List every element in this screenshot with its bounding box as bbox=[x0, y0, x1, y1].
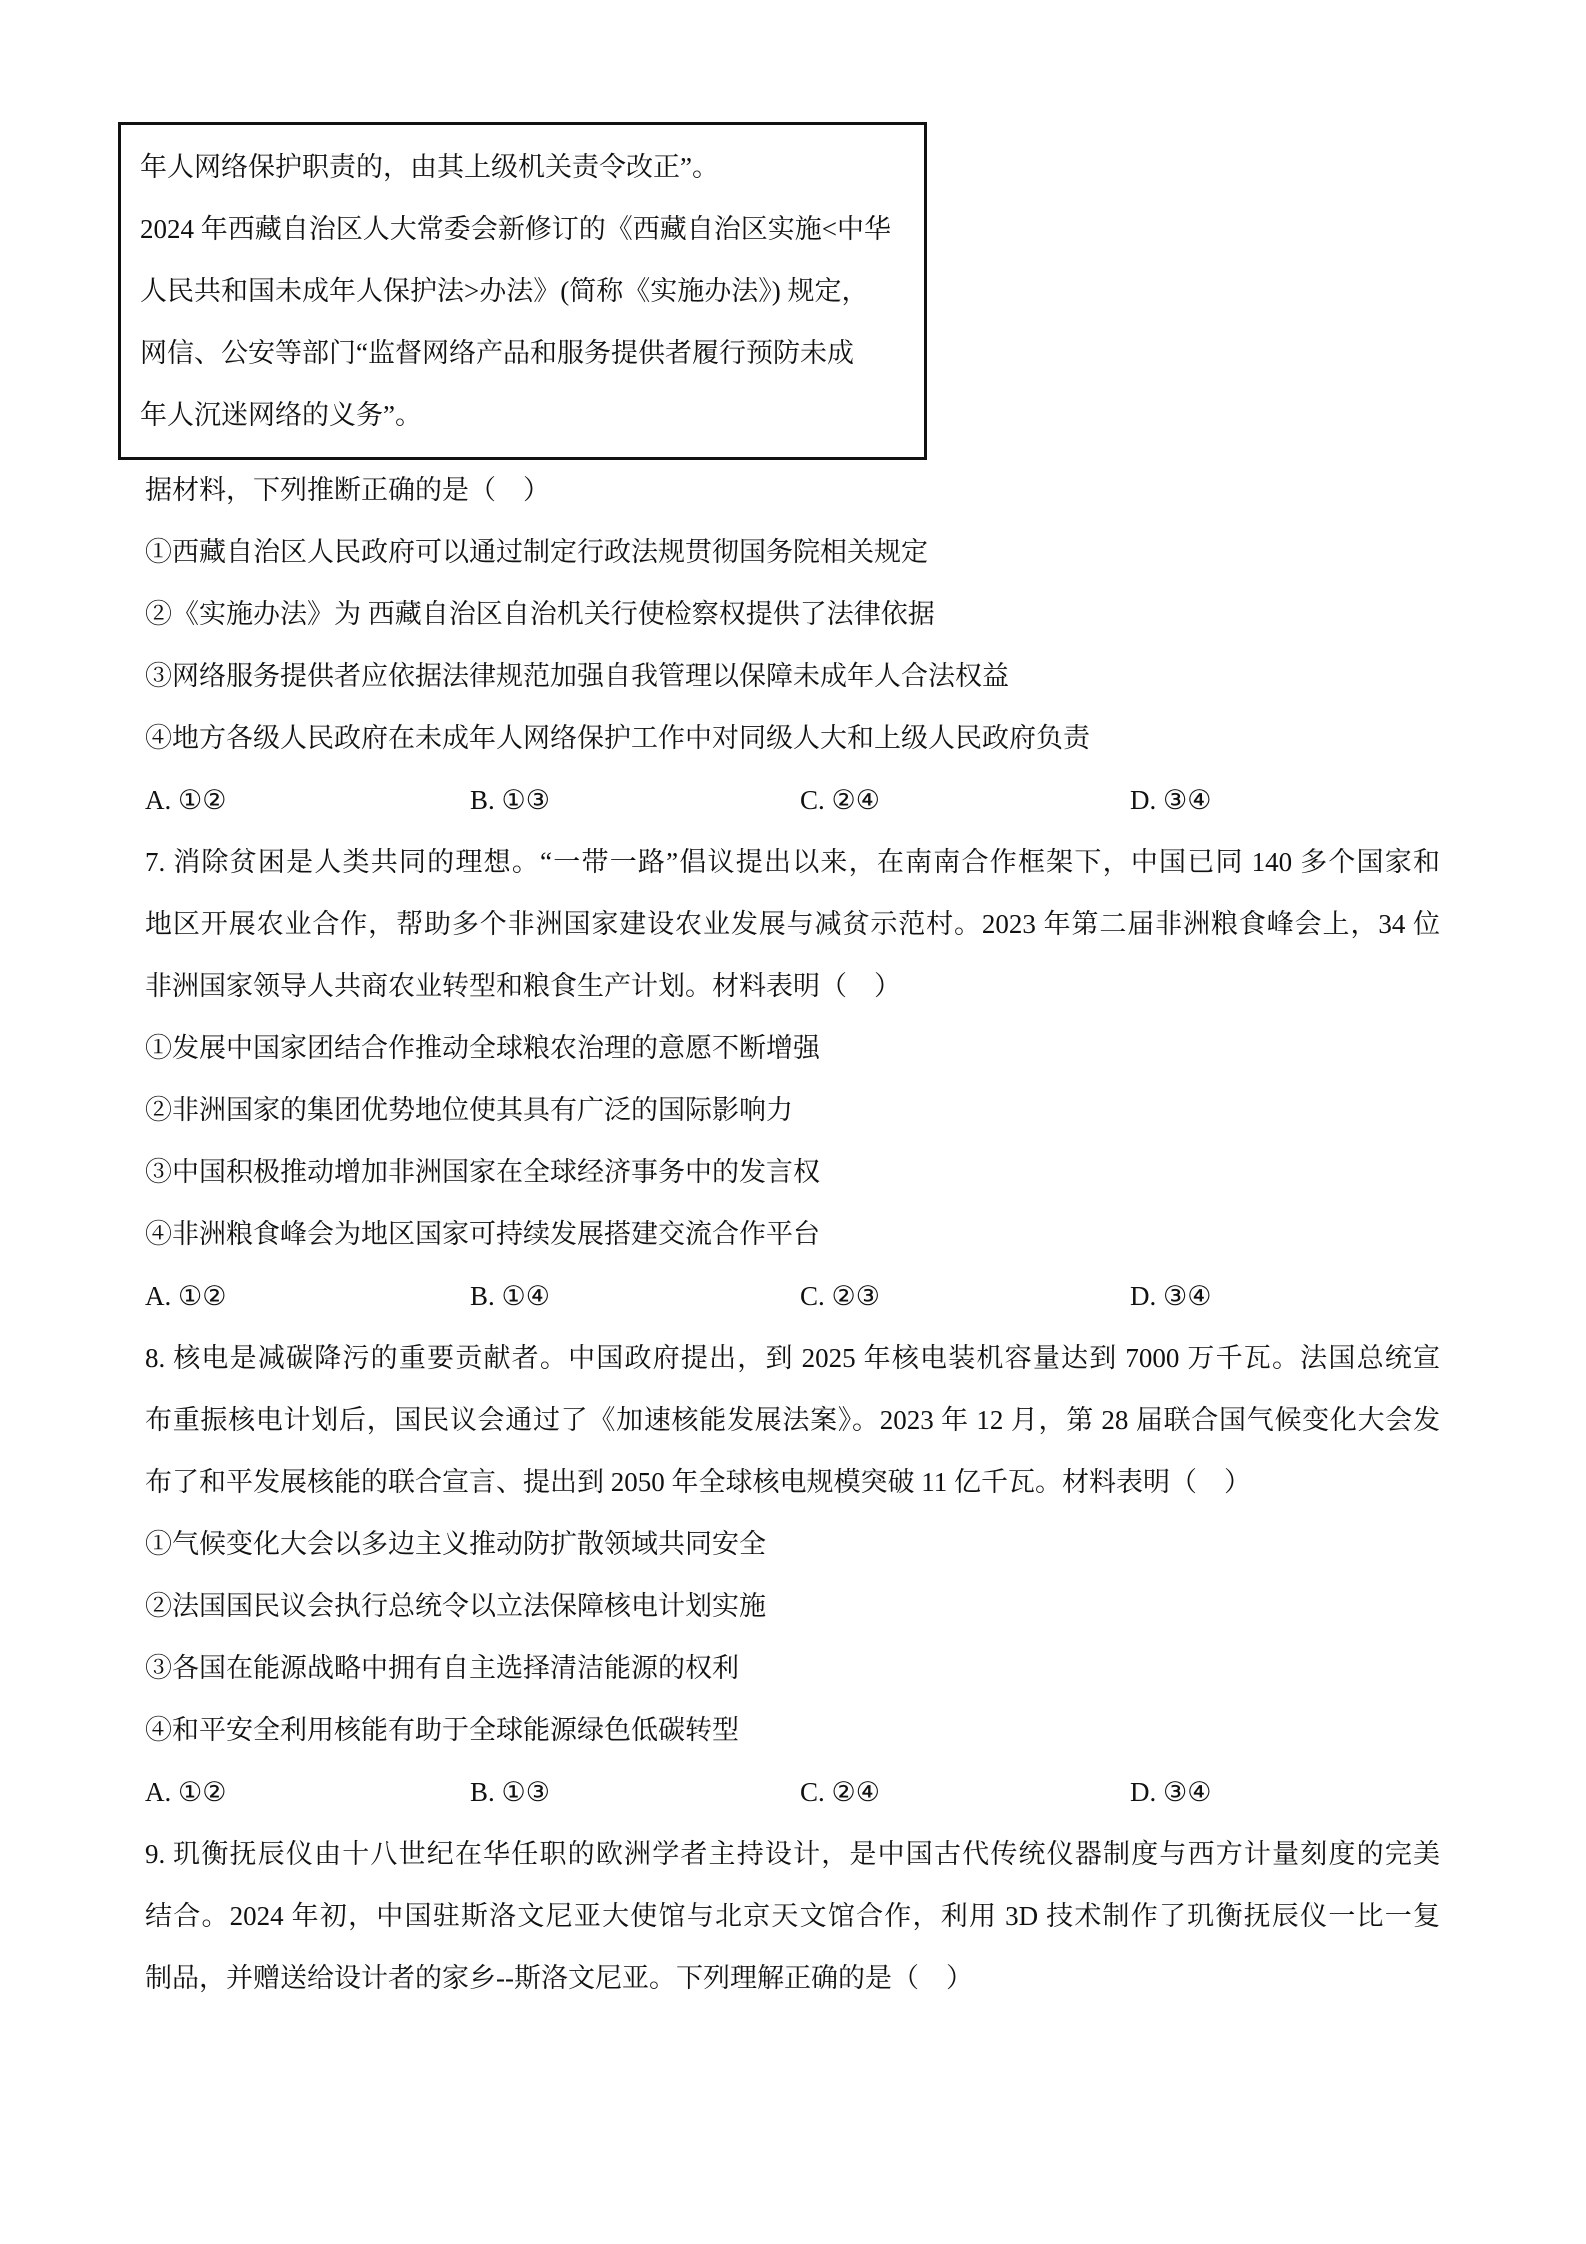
q6-statement-4: ④地方各级人民政府在未成年人网络保护工作中对同级人大和上级人民政府负责 bbox=[145, 707, 1440, 769]
q8-option-c: C. ②④ bbox=[800, 1761, 880, 1823]
q8-options-row: A. ①② B. ①③ C. ②④ D. ③④ bbox=[145, 1761, 1440, 1823]
q7-option-d: D. ③④ bbox=[1130, 1265, 1211, 1327]
questions-area: 据材料，下列推断正确的是（ ） ①西藏自治区人民政府可以通过制定行政法规贯彻国务… bbox=[145, 459, 1440, 2009]
q7-stem-line-2: 地区开展农业合作，帮助多个非洲国家建设农业发展与减贫示范村。2023 年第二届非… bbox=[145, 893, 1440, 955]
material-line-1: 年人网络保护职责的，由其上级机关责令改正”。 bbox=[140, 136, 918, 198]
material-line-2: 2024 年西藏自治区人大常委会新修订的《西藏自治区实施<中华 bbox=[140, 198, 918, 260]
q7-option-b: B. ①④ bbox=[470, 1265, 550, 1327]
q6-statement-2: ②《实施办法》为 西藏自治区自治机关行使检察权提供了法律依据 bbox=[145, 583, 1440, 645]
q9-stem-line-2: 结合。2024 年初，中国驻斯洛文尼亚大使馆与北京天文馆合作，利用 3D 技术制… bbox=[145, 1885, 1440, 1947]
q7-statement-4: ④非洲粮食峰会为地区国家可持续发展搭建交流合作平台 bbox=[145, 1203, 1440, 1265]
q7-stem-line-1: 7. 消除贫困是人类共同的理想。“一带一路”倡议提出以来，在南南合作框架下，中国… bbox=[145, 831, 1440, 893]
q6-options-row: A. ①② B. ①③ C. ②④ D. ③④ bbox=[145, 769, 1440, 831]
q7-stem-line-3: 非洲国家领导人共商农业转型和粮食生产计划。材料表明（ ） bbox=[145, 955, 1440, 1017]
q8-option-d: D. ③④ bbox=[1130, 1761, 1211, 1823]
q7-statement-1: ①发展中国家团结合作推动全球粮农治理的意愿不断增强 bbox=[145, 1017, 1440, 1079]
q8-option-b: B. ①③ bbox=[470, 1761, 550, 1823]
q7-statement-2: ②非洲国家的集团优势地位使其具有广泛的国际影响力 bbox=[145, 1079, 1440, 1141]
q6-option-c: C. ②④ bbox=[800, 769, 880, 831]
q9-stem-line-3: 制品，并赠送给设计者的家乡--斯洛文尼亚。下列理解正确的是（ ） bbox=[145, 1947, 1440, 2009]
q8-stem-line-3: 布了和平发展核能的联合宣言、提出到 2050 年全球核电规模突破 11 亿千瓦。… bbox=[145, 1451, 1440, 1513]
material-line-3: 人民共和国未成年人保护法>办法》(简称《实施办法》) 规定， bbox=[140, 260, 918, 322]
q6-option-b: B. ①③ bbox=[470, 769, 550, 831]
q6-stem: 据材料，下列推断正确的是（ ） bbox=[145, 459, 1440, 521]
material-line-5: 年人沉迷网络的义务”。 bbox=[140, 384, 918, 446]
q7-option-c: C. ②③ bbox=[800, 1265, 880, 1327]
q8-statement-4: ④和平安全利用核能有助于全球能源绿色低碳转型 bbox=[145, 1699, 1440, 1761]
q8-stem-line-2: 布重振核电计划后，国民议会通过了《加速核能发展法案》。2023 年 12 月，第… bbox=[145, 1389, 1440, 1451]
q7-option-a: A. ①② bbox=[145, 1265, 226, 1327]
q8-option-a: A. ①② bbox=[145, 1761, 226, 1823]
q8-statement-2: ②法国国民议会执行总统令以立法保障核电计划实施 bbox=[145, 1575, 1440, 1637]
q6-statement-3: ③网络服务提供者应依据法律规范加强自我管理以保障未成年人合法权益 bbox=[145, 645, 1440, 707]
material-box: 年人网络保护职责的，由其上级机关责令改正”。 2024 年西藏自治区人大常委会新… bbox=[118, 122, 927, 460]
q7-statement-3: ③中国积极推动增加非洲国家在全球经济事务中的发言权 bbox=[145, 1141, 1440, 1203]
q7-options-row: A. ①② B. ①④ C. ②③ D. ③④ bbox=[145, 1265, 1440, 1327]
q6-statement-1: ①西藏自治区人民政府可以通过制定行政法规贯彻国务院相关规定 bbox=[145, 521, 1440, 583]
q9-stem-line-1: 9. 玑衡抚辰仪由十八世纪在华任职的欧洲学者主持设计，是中国古代传统仪器制度与西… bbox=[145, 1823, 1440, 1885]
q8-statement-1: ①气候变化大会以多边主义推动防扩散领域共同安全 bbox=[145, 1513, 1440, 1575]
q8-stem-line-1: 8. 核电是减碳降污的重要贡献者。中国政府提出，到 2025 年核电装机容量达到… bbox=[145, 1327, 1440, 1389]
q6-option-d: D. ③④ bbox=[1130, 769, 1211, 831]
q8-statement-3: ③各国在能源战略中拥有自主选择清洁能源的权利 bbox=[145, 1637, 1440, 1699]
material-line-4: 网信、公安等部门“监督网络产品和服务提供者履行预防未成 bbox=[140, 322, 918, 384]
q6-option-a: A. ①② bbox=[145, 769, 226, 831]
exam-document-page: 年人网络保护职责的，由其上级机关责令改正”。 2024 年西藏自治区人大常委会新… bbox=[0, 0, 1586, 2244]
